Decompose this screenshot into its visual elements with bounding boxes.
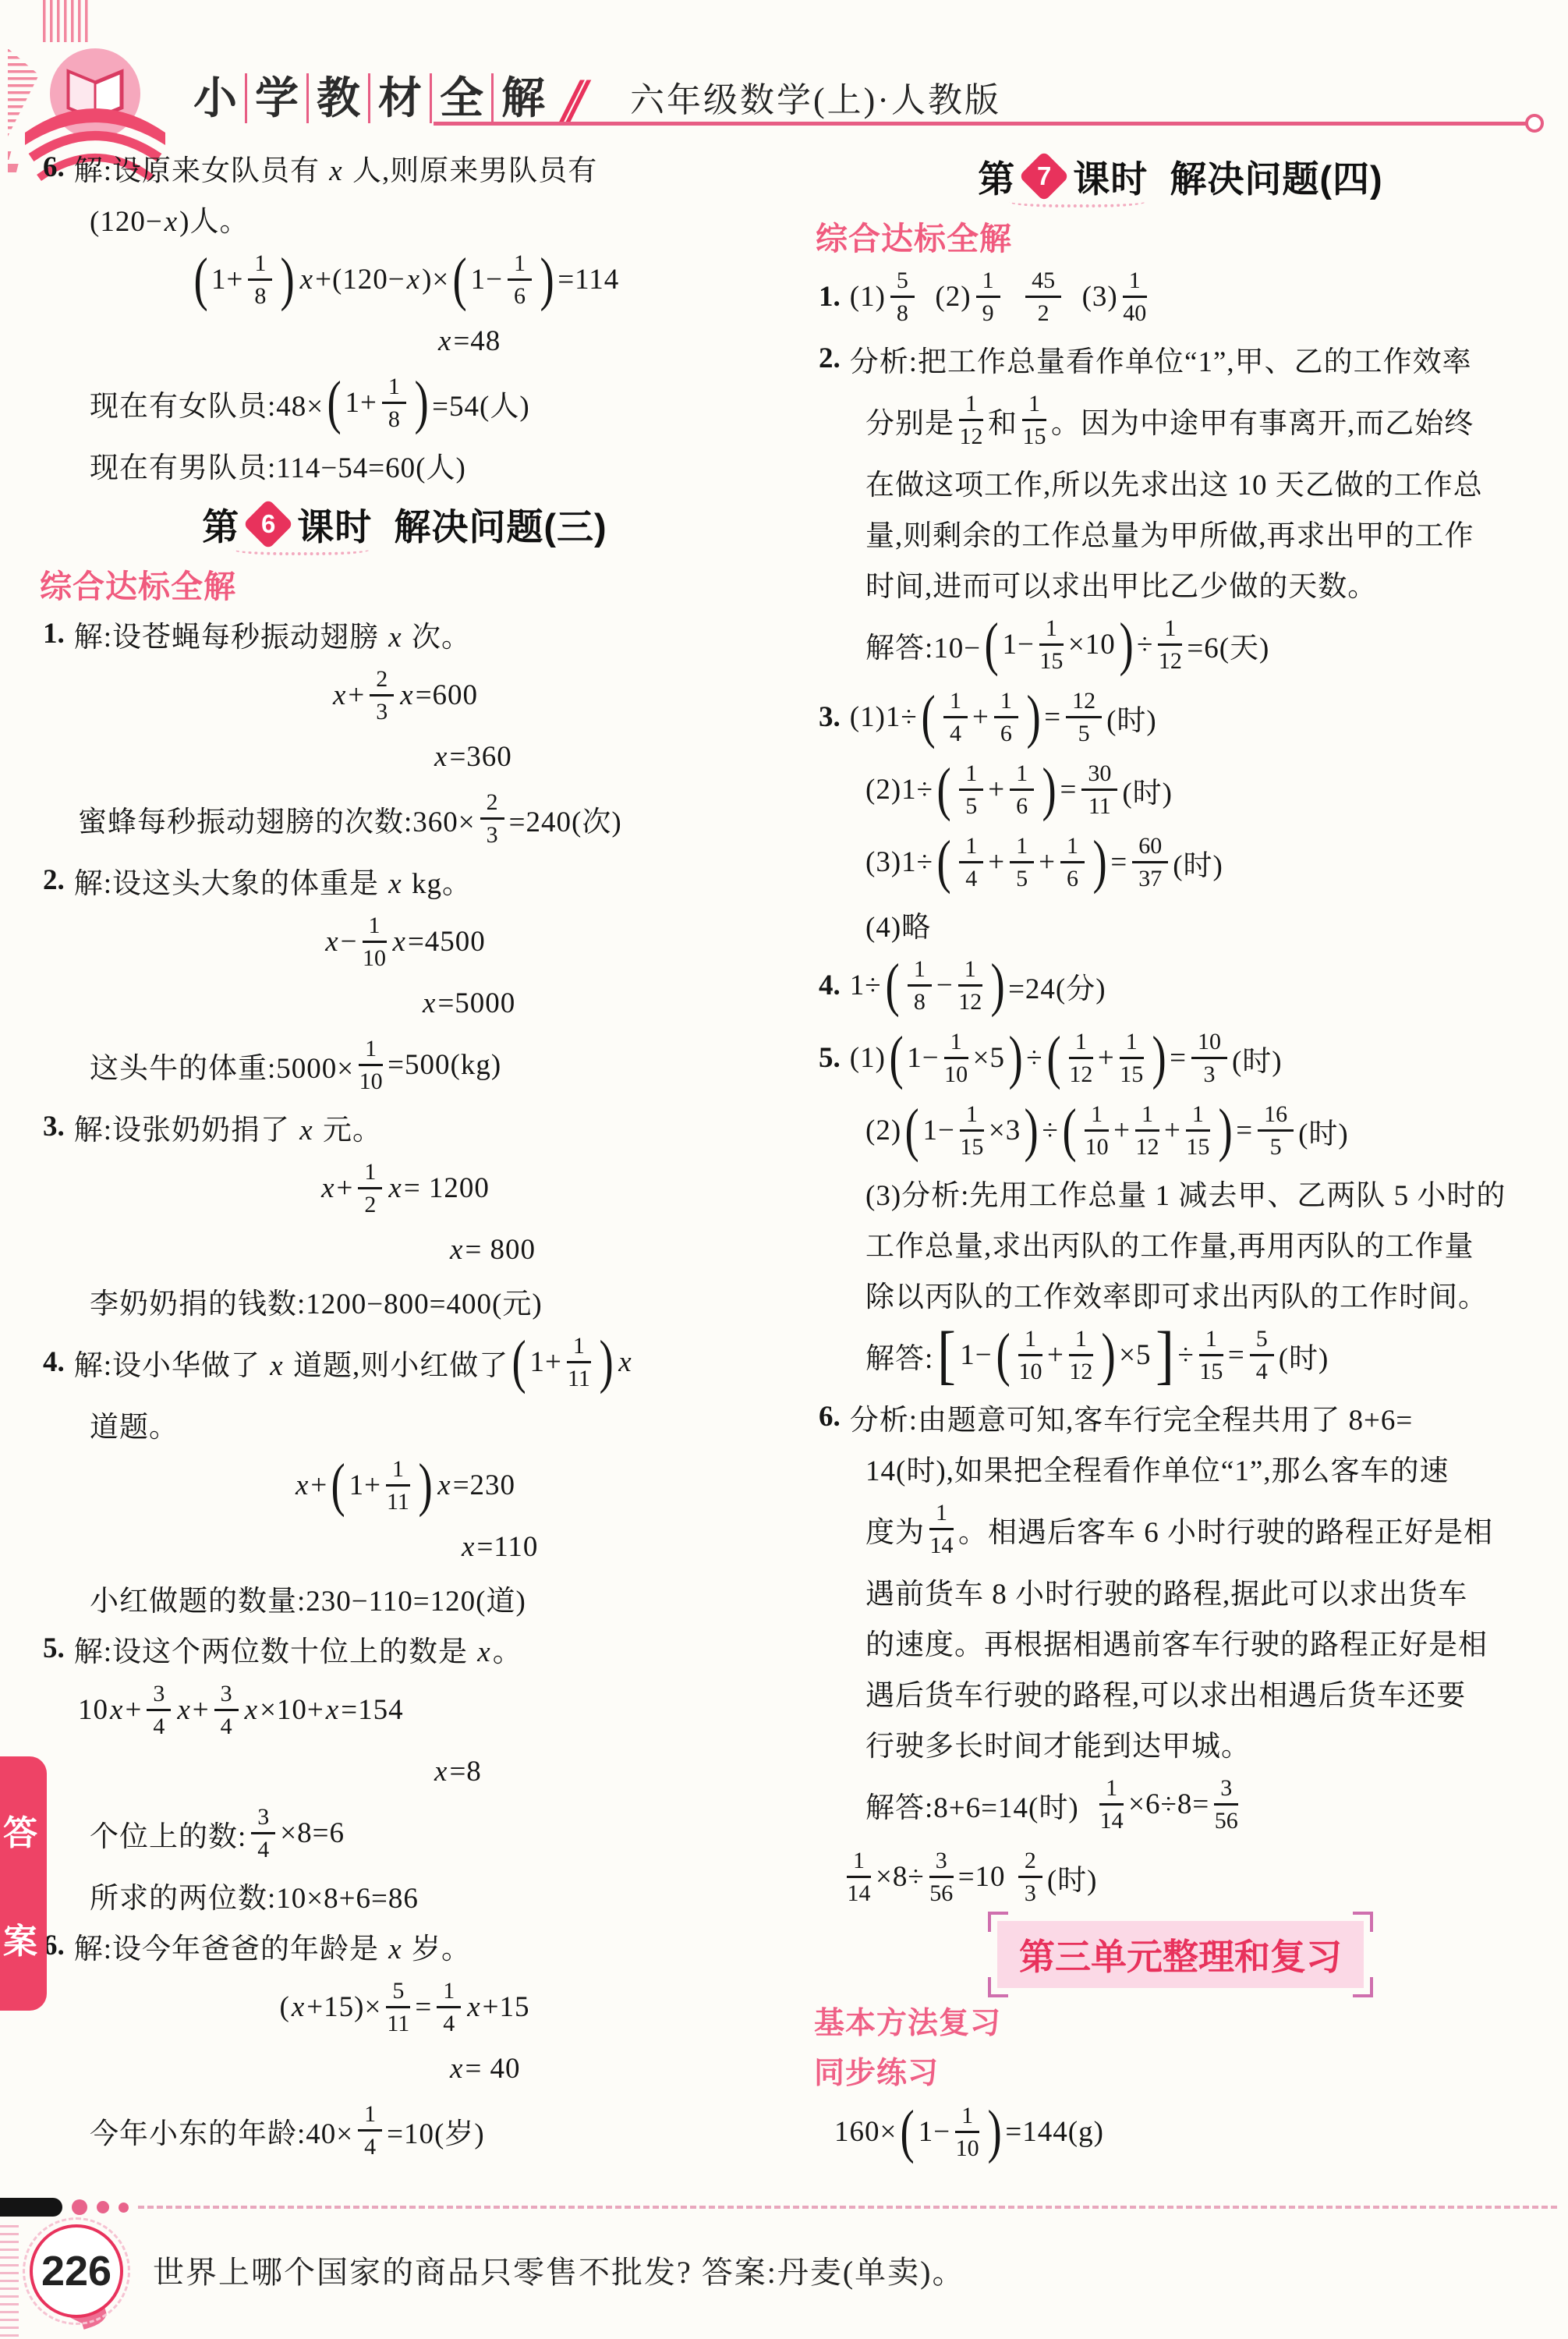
- math-text: 解答:: [865, 1334, 933, 1377]
- big-paren: (: [901, 2105, 915, 2158]
- numerator: 3: [147, 1682, 171, 1712]
- numerator: 12: [1066, 689, 1102, 719]
- lesson-number-diamond: 6: [243, 498, 294, 549]
- text-line: x=360: [35, 732, 774, 782]
- math-text: (1): [850, 280, 886, 314]
- numerator: 10: [1191, 1030, 1227, 1060]
- fraction: 111: [386, 1457, 410, 1515]
- denominator: 11: [568, 1363, 590, 1391]
- numerator: 1: [382, 374, 406, 405]
- math-text: 时间,进而可以求出甲比乙少做的天数。: [865, 562, 1377, 604]
- fraction: 112: [958, 957, 982, 1015]
- numerator: 1: [944, 1030, 968, 1060]
- math-text: 课时 解决问题(三): [297, 498, 607, 551]
- variable-x: x: [320, 1172, 336, 1204]
- variable-x: x: [108, 1694, 125, 1726]
- numerator: 1: [1186, 1102, 1210, 1132]
- fraction: 125: [1066, 689, 1102, 746]
- variable-x: x: [324, 1694, 341, 1726]
- equation-line: 4.解:设小华做了 x 道题,则小红做了(1+111)x: [35, 1326, 774, 1398]
- big-paren: ): [988, 2105, 1002, 2158]
- math-text: (时): [1232, 1037, 1283, 1079]
- fraction: 114: [847, 1848, 871, 1906]
- math-text: 1+: [211, 263, 243, 296]
- variable-x: x: [421, 987, 437, 1019]
- fraction: 18: [248, 251, 272, 309]
- equation-line: x+23x=600: [35, 659, 774, 732]
- variable-x: x: [327, 155, 344, 187]
- big-bracket: [: [937, 1326, 956, 1385]
- equation-line: 5.(1)(1−110×5)÷(112+115)=103(时): [811, 1022, 1550, 1094]
- numerator: 45: [1025, 268, 1061, 299]
- math-text: 。因为中途甲有事离开,而乙始终: [1051, 399, 1474, 441]
- equation-line: (x+15)×511=14x+15: [35, 1971, 774, 2043]
- math-text: 现在有女队员:48×: [90, 382, 324, 424]
- denominator: 56: [1215, 1806, 1238, 1834]
- fraction: 16: [994, 689, 1018, 746]
- brand-char: 学: [245, 73, 306, 123]
- fraction: 115: [1039, 616, 1064, 674]
- math-text: 。相遇后客车 6 小时行驶的路程正好是相: [958, 1508, 1493, 1550]
- denominator: 4: [153, 1711, 165, 1739]
- variable-x: x: [617, 1346, 633, 1378]
- big-paren: ): [1101, 1328, 1115, 1381]
- fraction: 23: [370, 667, 394, 725]
- fraction: 16: [1060, 834, 1085, 891]
- big-paren: (: [889, 1031, 903, 1084]
- variable-x: x: [387, 1933, 403, 1965]
- text-line: 所求的两位数:10×8+6=86: [35, 1869, 774, 1920]
- fraction: 23: [480, 790, 504, 848]
- text-line: 除以丙队的工作效率即可求出丙队的工作时间。: [811, 1268, 1550, 1319]
- math-text: ×10: [1068, 628, 1116, 661]
- variable-x: x: [324, 926, 340, 958]
- lesson-number-diamond: 7: [1019, 151, 1070, 201]
- variable-x: x: [243, 1694, 260, 1726]
- numerator: 30: [1081, 761, 1117, 792]
- fraction: 14: [959, 834, 983, 891]
- math-text: x+: [331, 679, 365, 712]
- denominator: 8: [254, 281, 266, 309]
- numerator: 1: [1039, 616, 1064, 647]
- numerator: 1: [1060, 834, 1085, 864]
- item-number: 5.: [819, 1041, 841, 1075]
- denominator: 37: [1138, 863, 1162, 891]
- big-paren: (: [327, 376, 342, 429]
- fraction: 110: [955, 2103, 979, 2161]
- big-paren: ): [1218, 1104, 1232, 1157]
- numerator: 1: [960, 1102, 984, 1132]
- item-number: 6.: [43, 151, 65, 184]
- math-text: =: [1236, 1114, 1253, 1147]
- numerator: 1: [437, 1979, 461, 2009]
- fraction: 110: [944, 1030, 968, 1087]
- big-paren: (: [193, 253, 207, 306]
- denominator: 12: [1136, 1132, 1159, 1160]
- denominator: 12: [1069, 1356, 1092, 1384]
- text-line: 5.解:设这个两位数十位上的数是 x。: [35, 1623, 774, 1674]
- math-text: =54(人): [432, 382, 530, 424]
- math-text: 和: [988, 399, 1018, 441]
- fraction: 14: [358, 2102, 382, 2160]
- math-text: 160×: [834, 2115, 897, 2149]
- variable-x: x: [460, 1531, 476, 1563]
- fraction: 111: [567, 1334, 591, 1391]
- numerator: 1: [1199, 1327, 1223, 1357]
- side-tab-char: 答: [3, 1805, 37, 1855]
- big-paren: ): [599, 1335, 613, 1388]
- fraction: 115: [960, 1102, 984, 1160]
- math-text: 1÷: [850, 969, 882, 1002]
- math-text: x−: [324, 925, 357, 959]
- numerator: 1: [1069, 1327, 1093, 1357]
- right-column: 第7课时 解决问题(四)综合达标全解1.(1)58 (2)19 452 (3)1…: [811, 142, 1550, 2185]
- big-paren: ): [1026, 690, 1040, 743]
- text-line: 工作总量,求出丙队的工作量,再用丙队的工作量: [811, 1217, 1550, 1268]
- denominator: 10: [944, 1059, 968, 1087]
- math-text: x×10+x=154: [243, 1693, 404, 1727]
- divider-pill: [0, 2198, 62, 2217]
- fraction: 140: [1123, 268, 1147, 326]
- math-text: x=600: [398, 679, 478, 712]
- math-text: =: [1170, 1041, 1187, 1075]
- math-text: 课时 解决问题(四): [1073, 151, 1382, 203]
- big-paren: (: [1062, 1104, 1076, 1157]
- math-text: (时): [1279, 1334, 1329, 1377]
- math-text: 1−: [960, 1338, 992, 1372]
- variable-x: x: [175, 1694, 192, 1726]
- numerator: 1: [359, 1037, 383, 1067]
- text-line: x=5000: [35, 978, 774, 1029]
- math-text: x=4500: [391, 925, 486, 959]
- fraction: 19: [976, 268, 1000, 326]
- fraction: 114: [929, 1501, 954, 1558]
- big-paren: ): [990, 959, 1004, 1012]
- fraction: 114: [1099, 1776, 1124, 1834]
- numerator: 1: [847, 1848, 871, 1879]
- math-text: (2): [919, 280, 972, 314]
- equation-line: x−110x=4500: [35, 905, 774, 978]
- math-text: 李奶奶捐的钱数:1200−800=400(元): [90, 1280, 543, 1322]
- numerator: 1: [363, 913, 387, 944]
- divider-dot: [97, 2201, 109, 2213]
- fraction: 34: [214, 1682, 239, 1739]
- math-text: x= 1200: [387, 1171, 490, 1205]
- math-text: 分析:由题意可知,客车行完全程共用了 8+6=: [850, 1396, 1414, 1438]
- denominator: 4: [950, 718, 961, 746]
- math-text: x+: [175, 1693, 209, 1727]
- numerator: 1: [958, 957, 982, 987]
- denominator: 15: [1120, 1059, 1143, 1087]
- variable-x: x: [387, 1172, 403, 1204]
- math-text: 遇后货车行驶的路程,可以求出相遇后货车还要: [865, 1671, 1466, 1713]
- item-number: 1.: [819, 280, 841, 314]
- math-text: 同步练习: [814, 2049, 939, 2093]
- page-number-badge: 226: [30, 2224, 123, 2318]
- item-number: 3.: [43, 1110, 65, 1143]
- big-paren: (: [936, 763, 950, 816]
- numerator: 1: [508, 251, 532, 282]
- fraction: 112: [959, 392, 983, 449]
- numerator: 1: [1010, 761, 1034, 792]
- numerator: 1: [959, 392, 983, 422]
- math-text: 今年小东的年龄:40×: [90, 2110, 353, 2152]
- math-text: 1+: [349, 1469, 381, 1502]
- numerator: 1: [1022, 392, 1046, 422]
- big-paren: ): [418, 1458, 432, 1511]
- fraction: 58: [890, 268, 915, 326]
- variable-x: x: [299, 264, 315, 296]
- text-line: (120−x)人。: [35, 193, 774, 243]
- denominator: 3: [376, 696, 388, 725]
- equation-line: 分别是112和115。因为中途甲有事离开,而乙始终: [811, 384, 1550, 456]
- math-text: x=230: [436, 1469, 515, 1502]
- text-line: 遇后货车行驶的路程,可以求出相遇后货车还要: [811, 1667, 1550, 1717]
- denominator: 10: [1018, 1356, 1042, 1384]
- math-text: 综合达标全解: [816, 213, 1012, 259]
- equation-line: 今年小东的年龄:40×14=10(岁): [35, 2094, 774, 2167]
- denominator: 14: [848, 1878, 871, 1906]
- banner-corner: [1353, 1912, 1373, 1932]
- numerator: 1: [1120, 1030, 1144, 1060]
- text-line: 行驶多长时间才能到达甲城。: [811, 1717, 1550, 1768]
- numerator: 1: [1099, 1776, 1124, 1806]
- big-paren: ): [1119, 618, 1133, 671]
- math-text: (时): [1047, 1856, 1098, 1898]
- text-line: x=8: [35, 1746, 774, 1797]
- footer-trivia: 世界上哪个国家的商品只零售不批发? 答案:丹麦(单卖)。: [153, 2248, 965, 2292]
- text-line: 时间,进而可以求出甲比乙少做的天数。: [811, 558, 1550, 608]
- math-text: +: [1113, 1114, 1131, 1147]
- math-text: ÷: [1026, 1041, 1042, 1075]
- unit-banner: 第三单元整理和复习: [997, 1921, 1364, 1988]
- fraction: 18: [908, 957, 932, 1015]
- math-text: =: [1060, 773, 1077, 806]
- math-text: 第: [978, 151, 1015, 203]
- math-text: 这头牛的体重:5000×: [90, 1044, 354, 1086]
- numerator: 1: [955, 2103, 979, 2134]
- text-line: x=48: [35, 316, 774, 367]
- equation-line: 个位上的数:34×8=6: [35, 1797, 774, 1869]
- equation-line: x+(1+111)x=230: [35, 1449, 774, 1522]
- math-text: 在做这项工作,所以先求出这 10 天乙做的工作总: [865, 461, 1483, 503]
- fraction: 356: [929, 1848, 954, 1906]
- banner-corner: [988, 1912, 1008, 1932]
- math-text: ×8÷: [876, 1860, 925, 1894]
- numerator: 3: [929, 1848, 954, 1879]
- fraction: 115: [1199, 1327, 1223, 1384]
- math-text: =114: [557, 263, 619, 296]
- math-text: +: [1039, 845, 1056, 879]
- brand-title: 小 学 教 材 全 解 ∥: [186, 67, 583, 129]
- math-text: (4)略: [865, 903, 931, 945]
- fraction: 110: [1018, 1327, 1042, 1384]
- math-text: 解:设这头大象的体重是 x kg。: [74, 859, 472, 902]
- big-paren: (: [885, 959, 899, 1012]
- denominator: 14: [1100, 1806, 1124, 1834]
- fraction: 110: [359, 1037, 383, 1094]
- denominator: 14: [930, 1530, 954, 1558]
- math-text: +: [1164, 1114, 1181, 1147]
- denominator: 5: [965, 791, 977, 819]
- big-paren: (: [985, 618, 999, 671]
- math-text: (x+15)×: [279, 1990, 381, 2024]
- math-text: ×5: [973, 1041, 1005, 1075]
- math-text: 小红做题的数量:230−110=120(道): [90, 1577, 526, 1619]
- section-subheader: 综合达标全解: [35, 558, 774, 608]
- brand-char: 材: [368, 73, 430, 123]
- math-text: 1−: [471, 263, 503, 296]
- fraction: 15: [1010, 834, 1034, 891]
- numerator: 1: [976, 268, 1000, 299]
- big-paren: ): [1152, 1031, 1166, 1084]
- footer-divider: [0, 2198, 1568, 2217]
- item-number: 6.: [819, 1400, 841, 1434]
- variable-x: x: [163, 206, 179, 238]
- fraction: 34: [147, 1682, 171, 1739]
- fraction: 54: [1250, 1327, 1274, 1384]
- math-text: 解答:8+6=14(时): [865, 1784, 1095, 1826]
- unit-banner-line: 第三单元整理和复习: [811, 1913, 1550, 1996]
- numerator: 60: [1132, 834, 1168, 864]
- math-text: x+(120−x)×: [299, 263, 450, 296]
- math-text: x= 40: [448, 2052, 521, 2086]
- fraction: 103: [1191, 1030, 1227, 1087]
- numerator: 16: [1258, 1102, 1294, 1132]
- math-text: 解:设原来女队员有 x 人,则原来男队员有: [74, 147, 597, 189]
- numerator: 5: [1250, 1327, 1274, 1357]
- numerator: 5: [890, 268, 915, 299]
- equation-line: 10x+34x+34x×10+x=154: [35, 1674, 774, 1746]
- fraction: 115: [1120, 1030, 1144, 1087]
- math-text: 度为: [865, 1508, 925, 1550]
- text-line: x= 40: [35, 2043, 774, 2094]
- denominator: 5: [1270, 1132, 1282, 1160]
- denominator: 15: [960, 1132, 983, 1160]
- numerator: 1: [1158, 616, 1182, 647]
- fraction: 112: [1069, 1030, 1093, 1087]
- numerator: 3: [251, 1805, 275, 1835]
- math-text: [1005, 280, 1021, 314]
- math-text: =: [415, 1990, 432, 2024]
- textbook-answer-page: 小 学 教 材 全 解 ∥ 六年级数学(上)·人教版 6.解:设原来女队员有 x…: [0, 0, 1568, 2339]
- big-paren: (: [936, 835, 950, 888]
- equation-line: 160×(1−110)=144(g): [811, 2096, 1550, 2168]
- fraction: 34: [251, 1805, 275, 1862]
- math-text: 除以丙队的工作效率即可求出丙队的工作时间。: [865, 1273, 1488, 1315]
- text-line: 小红做题的数量:230−110=120(道): [35, 1572, 774, 1623]
- denominator: 4: [257, 1834, 269, 1862]
- denominator: 2: [364, 1189, 376, 1217]
- denominator: 11: [387, 1487, 409, 1515]
- denominator: 4: [1256, 1356, 1268, 1384]
- math-text: 14(时),如果把全程看作单位“1”,那么客车的速: [865, 1447, 1449, 1489]
- divider-dot: [72, 2199, 87, 2215]
- variable-x: x: [405, 264, 422, 296]
- math-text: 量,则剩余的工作总量为甲所做,再求出甲的工作: [865, 512, 1474, 554]
- big-paren: (: [331, 1458, 345, 1511]
- header-ring-icon: [1525, 114, 1544, 133]
- math-text: 遇前货车 8 小时行驶的路程,据此可以求出货车: [865, 1570, 1467, 1612]
- variable-x: x: [476, 1636, 492, 1668]
- math-text: 第: [202, 498, 239, 551]
- item-number: 4.: [819, 969, 841, 1002]
- math-text: (时): [1106, 696, 1157, 739]
- fraction: 112: [1069, 1327, 1093, 1384]
- fraction: 112: [1158, 616, 1182, 674]
- denominator: 15: [1039, 646, 1063, 674]
- math-text: (时): [1298, 1110, 1349, 1152]
- math-text: (时): [1122, 769, 1173, 811]
- equation-line: (3)1÷(14+15+16)=6037(时): [811, 826, 1550, 898]
- math-text: =10: [958, 1860, 1014, 1894]
- math-text: (3)1÷: [865, 845, 933, 879]
- numerator: 1: [943, 689, 968, 719]
- denominator: 3: [1203, 1059, 1215, 1087]
- math-text: ×3: [989, 1114, 1021, 1147]
- text-line: 的速度。再根据相遇前客车行驶的路程正好是相: [811, 1616, 1550, 1667]
- math-text: x=8: [433, 1755, 482, 1788]
- brand-char: 全: [430, 73, 491, 123]
- text-line: 在做这项工作,所以先求出这 10 天乙做的工作总: [811, 456, 1550, 507]
- numerator: 1: [1069, 1030, 1093, 1060]
- item-number: 1.: [43, 617, 65, 650]
- math-text: +: [1098, 1041, 1115, 1075]
- denominator: 2: [1038, 298, 1049, 326]
- numerator: 1: [248, 251, 272, 282]
- numerator: 1: [386, 1457, 410, 1487]
- text-line: 道题。: [35, 1398, 774, 1449]
- fraction: 356: [1214, 1776, 1238, 1834]
- math-text: =500(kg): [388, 1048, 501, 1082]
- math-text: +: [1047, 1338, 1064, 1372]
- edition-title: 六年级数学(上)·人教版: [630, 72, 1001, 122]
- math-text: (2)1÷: [865, 773, 933, 806]
- text-line: 2.分析:把工作总量看作单位“1”,甲、乙的工作效率: [811, 333, 1550, 384]
- answers-side-tab: 答 案: [0, 1756, 47, 2011]
- fraction: 115: [1186, 1102, 1210, 1160]
- text-line: x= 800: [35, 1224, 774, 1275]
- math-text: 1−: [922, 1114, 954, 1147]
- numerator: 1: [358, 1160, 382, 1190]
- lesson-number: 6: [261, 509, 275, 539]
- denominator: 12: [1159, 646, 1182, 674]
- lesson-number: 7: [1037, 161, 1051, 191]
- math-text: 解:设小华做了 x 道题,则小红做了: [74, 1341, 508, 1384]
- numerator: 1: [994, 689, 1018, 719]
- denominator: 10: [1085, 1132, 1109, 1160]
- big-paren: ): [414, 376, 428, 429]
- big-paren: (: [996, 1328, 1010, 1381]
- denominator: 56: [929, 1878, 953, 1906]
- math-text: x=360: [433, 740, 512, 774]
- math-text: ×8=6: [280, 1816, 345, 1850]
- variable-x: x: [398, 679, 415, 711]
- math-text: −: [936, 969, 954, 1002]
- math-text: 的速度。再根据相遇前客车行驶的路程正好是相: [865, 1621, 1488, 1663]
- math-text: 1+: [530, 1345, 562, 1379]
- fraction: 165: [1258, 1102, 1294, 1160]
- math-text: (1)1÷: [850, 700, 918, 734]
- denominator: 15: [1199, 1356, 1223, 1384]
- fraction: 115: [1022, 392, 1046, 449]
- denominator: 4: [965, 863, 977, 891]
- variable-x: x: [294, 1469, 310, 1501]
- big-paren: ): [281, 253, 295, 306]
- text-line: (3)分析:先用工作总量 1 减去甲、乙两队 5 小时的: [811, 1167, 1550, 1217]
- variable-x: x: [465, 1991, 482, 2023]
- math-text: 解:设这个两位数十位上的数是 x。: [74, 1628, 522, 1670]
